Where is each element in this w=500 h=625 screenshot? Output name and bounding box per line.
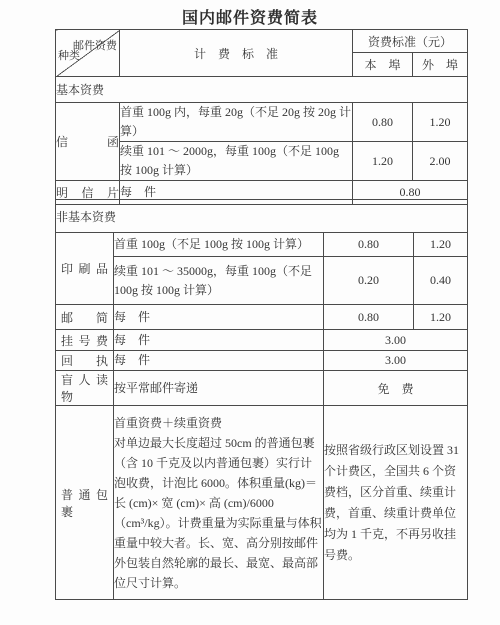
header-rate-standard: 资费标准（元） [353, 30, 468, 53]
letter-additional-local-rate: 1.20 [353, 142, 413, 181]
section-basic-label: 基本资费 [56, 77, 468, 103]
row-label-aerogramme: 邮简 [56, 305, 114, 330]
row-label-letter: 信函 [56, 103, 120, 181]
header-row-1: 邮件资费 种类 计 费 标 准 资费标准（元） [56, 30, 468, 53]
letter-first-desc: 首重 100g 内，每重 20g（不足 20g 按 20g 计算） [120, 103, 353, 142]
parcel-formula: 首重资费＋续重资费 [114, 413, 323, 433]
table-row-printed-first: 印刷品 首重 100g（不足 100g 按 100g 计算） 0.80 1.20 [56, 233, 468, 257]
rate-table-non-basic: 非基本资费 印刷品 首重 100g（不足 100g 按 100g 计算） 0.8… [55, 199, 468, 600]
header-billing-standard: 计 费 标 准 [120, 30, 353, 77]
printed-first-desc: 首重 100g（不足 100g 按 100g 计算） [114, 233, 324, 257]
printed-additional-local-rate: 0.20 [324, 257, 414, 305]
printed-first-local-rate: 0.80 [324, 233, 414, 257]
braille-rate: 免 费 [324, 371, 468, 406]
registration-fee-desc: 每 件 [114, 330, 324, 351]
row-label-braille: 盲人读物 [56, 371, 114, 406]
parcel-note: 按照省级行政区划设置 31 个计费区，全国共 6 个资费档，区分首重、续重计费，… [324, 406, 468, 600]
corner-label-category: 种类 [58, 47, 80, 63]
section-row-basic: 基本资费 [56, 77, 468, 103]
letter-additional-desc: 续重 101 ～ 2000g，每重 100g（不足 100g 按 100g 计算… [120, 142, 353, 181]
return-receipt-desc: 每 件 [114, 351, 324, 371]
parcel-desc-cell: 首重资费＋续重资费 对单边最大长度超过 50cm 的普通包裹（含 10 千克及以… [114, 406, 324, 600]
section-non-basic-label: 非基本资费 [56, 200, 468, 233]
header-nonlocal: 外 埠 [413, 53, 468, 77]
rate-table-basic: 邮件资费 种类 计 费 标 准 资费标准（元） 本 埠 外 埠 基本资费 信函 … [55, 29, 468, 205]
letter-first-local-rate: 0.80 [353, 103, 413, 142]
row-label-registration-fee: 挂号费 [56, 330, 114, 351]
row-label-ordinary-parcel: 普通包裹 [56, 406, 114, 600]
table-row-aerogramme: 邮简 每 件 0.80 1.20 [56, 305, 468, 330]
corner-header-cell: 邮件资费 种类 [56, 30, 120, 77]
row-label-return-receipt: 回执 [56, 351, 114, 371]
page-title: 国内邮件资费简表 [0, 5, 500, 28]
table-row-ordinary-parcel: 普通包裹 首重资费＋续重资费 对单边最大长度超过 50cm 的普通包裹（含 10… [56, 406, 468, 600]
table-row-registration-fee: 挂号费 每 件 3.00 [56, 330, 468, 351]
letter-first-nonlocal-rate: 1.20 [413, 103, 468, 142]
parcel-desc-text: 对单边最大长度超过 50cm 的普通包裹（含 10 千克及以内普通包裹）实行计泡… [114, 433, 323, 593]
braille-desc: 按平常邮件寄递 [114, 371, 324, 406]
document-page: 国内邮件资费简表 邮件资费 种类 计 费 标 准 资费标准（元） 本 埠 外 埠… [0, 0, 500, 625]
aerogramme-local-rate: 0.80 [324, 305, 414, 330]
printed-additional-desc: 续重 101 ～ 35000g，每重 100g（不足 100g 按 100g 计… [114, 257, 324, 305]
return-receipt-rate: 3.00 [324, 351, 468, 371]
table-row-printed-additional: 续重 101 ～ 35000g，每重 100g（不足 100g 按 100g 计… [56, 257, 468, 305]
section-row-non-basic: 非基本资费 [56, 200, 468, 233]
letter-additional-nonlocal-rate: 2.00 [413, 142, 468, 181]
table-row-braille: 盲人读物 按平常邮件寄递 免 费 [56, 371, 468, 406]
printed-additional-nonlocal-rate: 0.40 [414, 257, 468, 305]
table-row-letter-first: 信函 首重 100g 内，每重 20g（不足 20g 按 20g 计算） 0.8… [56, 103, 468, 142]
aerogramme-desc: 每 件 [114, 305, 324, 330]
registration-fee-rate: 3.00 [324, 330, 468, 351]
printed-first-nonlocal-rate: 1.20 [414, 233, 468, 257]
header-local: 本 埠 [353, 53, 413, 77]
aerogramme-nonlocal-rate: 1.20 [414, 305, 468, 330]
row-label-printed-matter: 印刷品 [56, 233, 114, 305]
table-row-return-receipt: 回执 每 件 3.00 [56, 351, 468, 371]
